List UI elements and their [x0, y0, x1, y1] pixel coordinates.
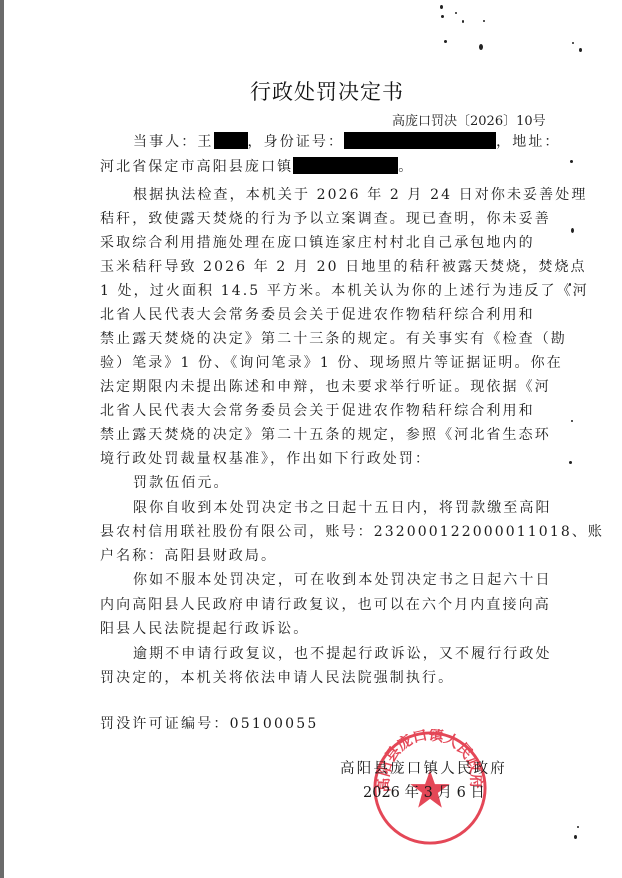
party-name: 王 — [197, 134, 213, 150]
body-line: 内向高阳县人民政府申请行政复议，也可以在六个月内直接向高 — [100, 594, 551, 614]
penalty-line: 罚款伍佰元。 — [133, 472, 230, 492]
redacted-name — [214, 132, 248, 149]
body-line: 玉米秸秆导致 2026 年 2 月 20 日地里的秸秆被露天焚烧，焚烧点 — [100, 256, 587, 276]
party-label: 当事人： — [133, 134, 197, 150]
body-line: 禁止露天焚烧的决定》第二十五条的规定，参照《河北省生态环 — [100, 424, 551, 444]
body-line: 罚决定的，本机关将依法申请人民法院强制执行。 — [100, 667, 454, 687]
redacted-id-number — [344, 132, 496, 149]
party-line: 当事人：王，身份证号：，地址： — [133, 131, 561, 151]
permit-number: 罚没许可证编号：05100055 — [100, 713, 318, 733]
body-line: 限你自收到本处罚决定书之日起十五日内，将罚款缴至高阳 — [133, 497, 552, 517]
address-text: 河北省保定市高阳县庞口镇 — [100, 159, 293, 175]
document-page: 行政处罚决定书 高庞口罚决〔2026〕10号 当事人：王，身份证号：，地址： 河… — [0, 0, 622, 878]
document-number: 高庞口罚决〔2026〕10号 — [392, 110, 546, 129]
body-line: 秸秆，致使露天焚烧的行为予以立案调查。现已查明，你未妥善 — [100, 208, 551, 228]
body-line: 阳县人民法院提起行政诉讼。 — [100, 618, 309, 638]
body-line: 你如不服本处罚决定，可在收到本处罚决定书之日起六十日 — [133, 569, 552, 589]
body-line: 北省人民代表大会常务委员会关于促进农作物秸秆综合利用和 — [100, 400, 535, 420]
redacted-address — [293, 157, 398, 174]
body-line: 境行政处罚裁量权基准》，作出如下行政处罚： — [100, 448, 431, 468]
issuing-authority: 高阳县庞口镇人民政府 — [340, 757, 507, 778]
body-line: 验）笔录》1 份、《询问笔录》1 份、现场照片等证据证明。你在 — [100, 352, 563, 372]
body-line: 法定期限内未提出陈述和申辩，也未要求举行听证。现依据《河 — [100, 376, 551, 396]
address-label: ，地址： — [496, 134, 560, 150]
body-line: 逾期不申请行政复议，也不提起行政诉讼，又不履行行政处 — [133, 643, 552, 663]
account-line: 县农村信用联社股份有限公司，账号：23200012200001​1018、账 — [100, 521, 604, 541]
id-label: ，身份证号： — [248, 134, 345, 150]
body-line: 1 处，过火面积 14.5 平方米。本机关认为你的上述行为违反了《河 — [100, 280, 589, 300]
body-line: 北省人民代表大会常务委员会关于促进农作物秸秆综合利用和 — [100, 304, 535, 324]
body-line: 采取综合利用措施处理在庞口镇连家庄村村北自己承包地内的 — [100, 232, 535, 252]
issue-date: 2026 年 3 月 6 日 — [363, 781, 485, 802]
body-line: 禁止露天焚烧的决定》第二十三条的规定。有关事实有《检查（勘 — [100, 328, 567, 348]
body-line: 户名称：高阳县财政局。 — [100, 545, 277, 565]
address-line: 河北省保定市高阳县庞口镇。 — [100, 156, 414, 176]
document-title: 行政处罚决定书 — [250, 76, 404, 106]
body-line: 根据执法检查，本机关于 2026 年 2 月 24 日对你未妥善处理 — [133, 184, 587, 204]
